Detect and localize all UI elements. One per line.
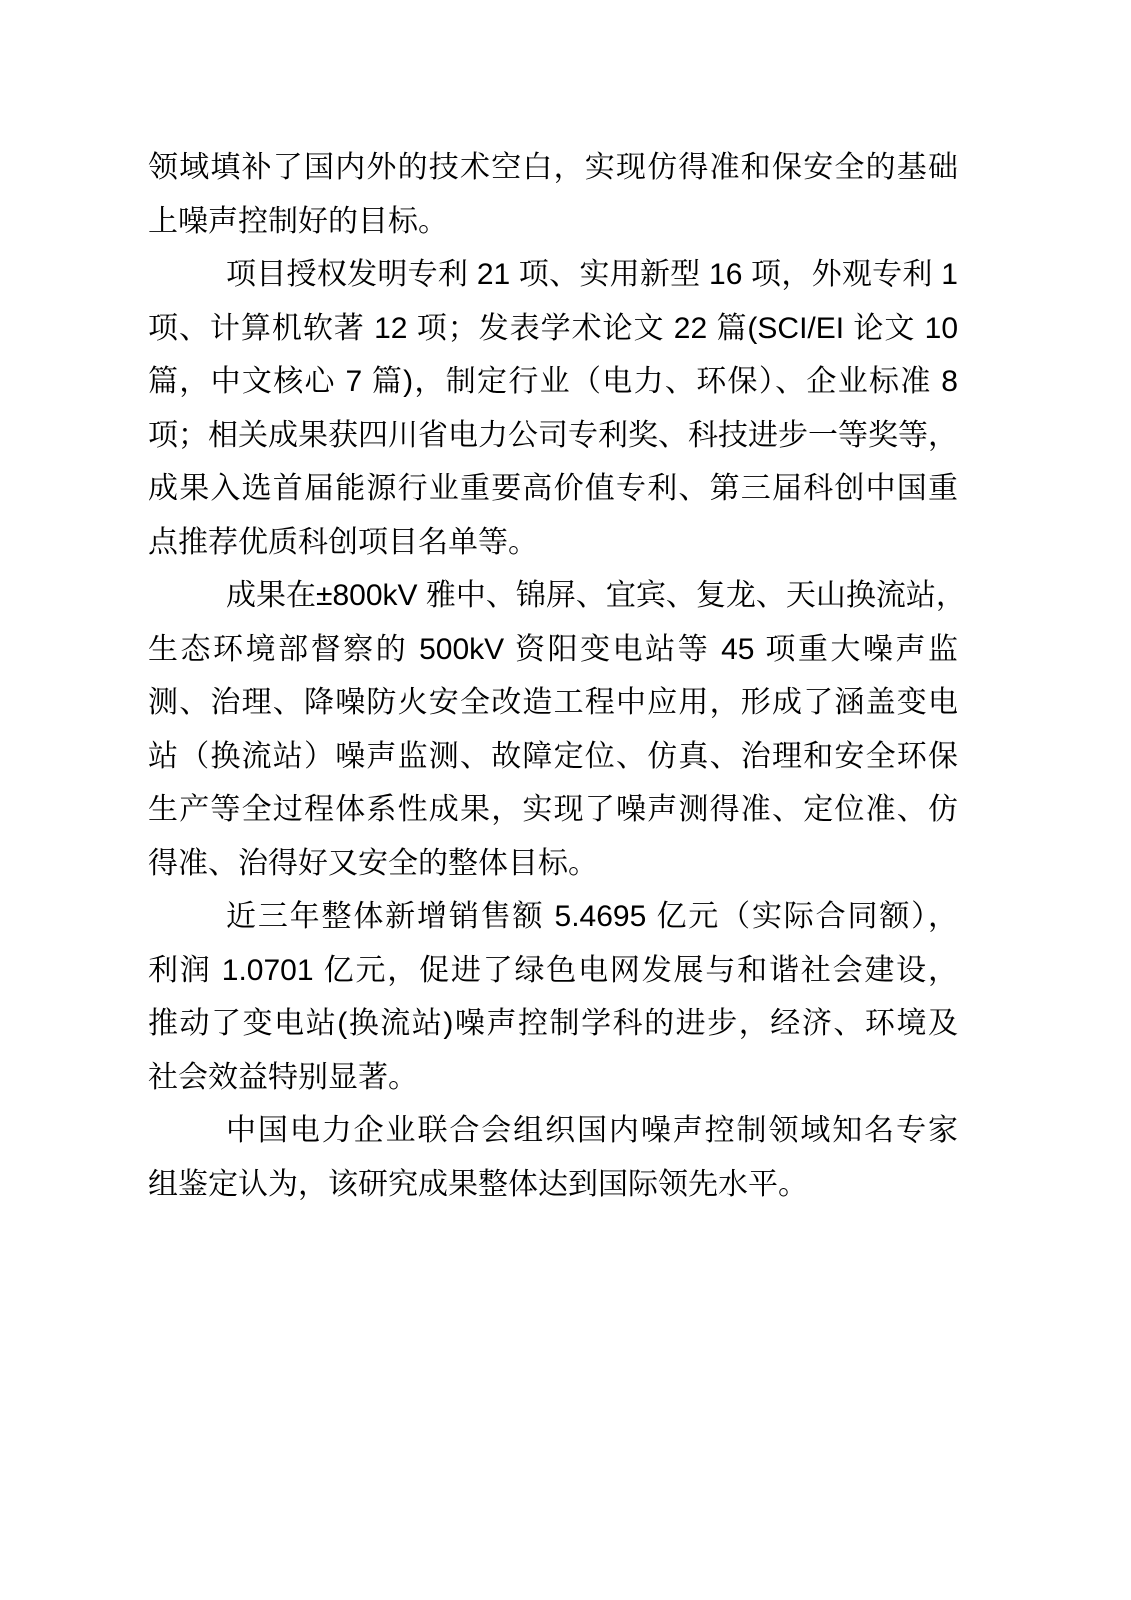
text-line: 得准、治得好又安全的整体目标。: [148, 837, 958, 891]
text-line: 成果在±800kV 雅中、锦屏、宜宾、复龙、天山换流站，: [148, 569, 958, 623]
paragraph: 近三年整体新增销售额 5.4695 亿元（实际合同额），利润 1.0701 亿元…: [148, 890, 958, 1104]
text-line: 组鉴定认为，该研究成果整体达到国际领先水平。: [148, 1158, 958, 1212]
paragraph: 成果在±800kV 雅中、锦屏、宜宾、复龙、天山换流站，生态环境部督察的 500…: [148, 569, 958, 890]
text-line: 中国电力企业联合会组织国内噪声控制领域知名专家: [148, 1104, 958, 1158]
text-line: 推动了变电站(换流站)噪声控制学科的进步，经济、环境及: [148, 997, 958, 1051]
text-line: 生产等全过程体系性成果，实现了噪声测得准、定位准、仿: [148, 783, 958, 837]
text-line: 项目授权发明专利 21 项、实用新型 16 项，外观专利 1: [148, 248, 958, 302]
text-line: 项；相关成果获四川省电力公司专利奖、科技进步一等奖等，: [148, 409, 958, 463]
text-line: 生态环境部督察的 500kV 资阳变电站等 45 项重大噪声监: [148, 623, 958, 677]
text-line: 测、治理、降噪防火安全改造工程中应用，形成了涵盖变电: [148, 676, 958, 730]
text-line: 利润 1.0701 亿元，促进了绿色电网发展与和谐社会建设，: [148, 944, 958, 998]
text-line: 社会效益特别显著。: [148, 1051, 958, 1105]
text-line: 上噪声控制好的目标。: [148, 195, 958, 249]
text-line: 近三年整体新增销售额 5.4695 亿元（实际合同额），: [148, 890, 958, 944]
paragraph: 领域填补了国内外的技术空白，实现仿得准和保安全的基础上噪声控制好的目标。: [148, 141, 958, 248]
paragraph: 中国电力企业联合会组织国内噪声控制领域知名专家组鉴定认为，该研究成果整体达到国际…: [148, 1104, 958, 1211]
text-line: 站（换流站）噪声监测、故障定位、仿真、治理和安全环保: [148, 730, 958, 784]
document-page: 领域填补了国内外的技术空白，实现仿得准和保安全的基础上噪声控制好的目标。项目授权…: [0, 0, 1131, 1600]
text-line: 领域填补了国内外的技术空白，实现仿得准和保安全的基础: [148, 141, 958, 195]
text-line: 成果入选首届能源行业重要高价值专利、第三届科创中国重: [148, 462, 958, 516]
text-line: 篇，中文核心 7 篇)，制定行业（电力、环保）、企业标准 8: [148, 355, 958, 409]
paragraph: 项目授权发明专利 21 项、实用新型 16 项，外观专利 1项、计算机软著 12…: [148, 248, 958, 569]
text-line: 点推荐优质科创项目名单等。: [148, 516, 958, 570]
text-line: 项、计算机软著 12 项；发表学术论文 22 篇(SCI/EI 论文 10: [148, 302, 958, 356]
document-body: 领域填补了国内外的技术空白，实现仿得准和保安全的基础上噪声控制好的目标。项目授权…: [148, 141, 958, 1211]
